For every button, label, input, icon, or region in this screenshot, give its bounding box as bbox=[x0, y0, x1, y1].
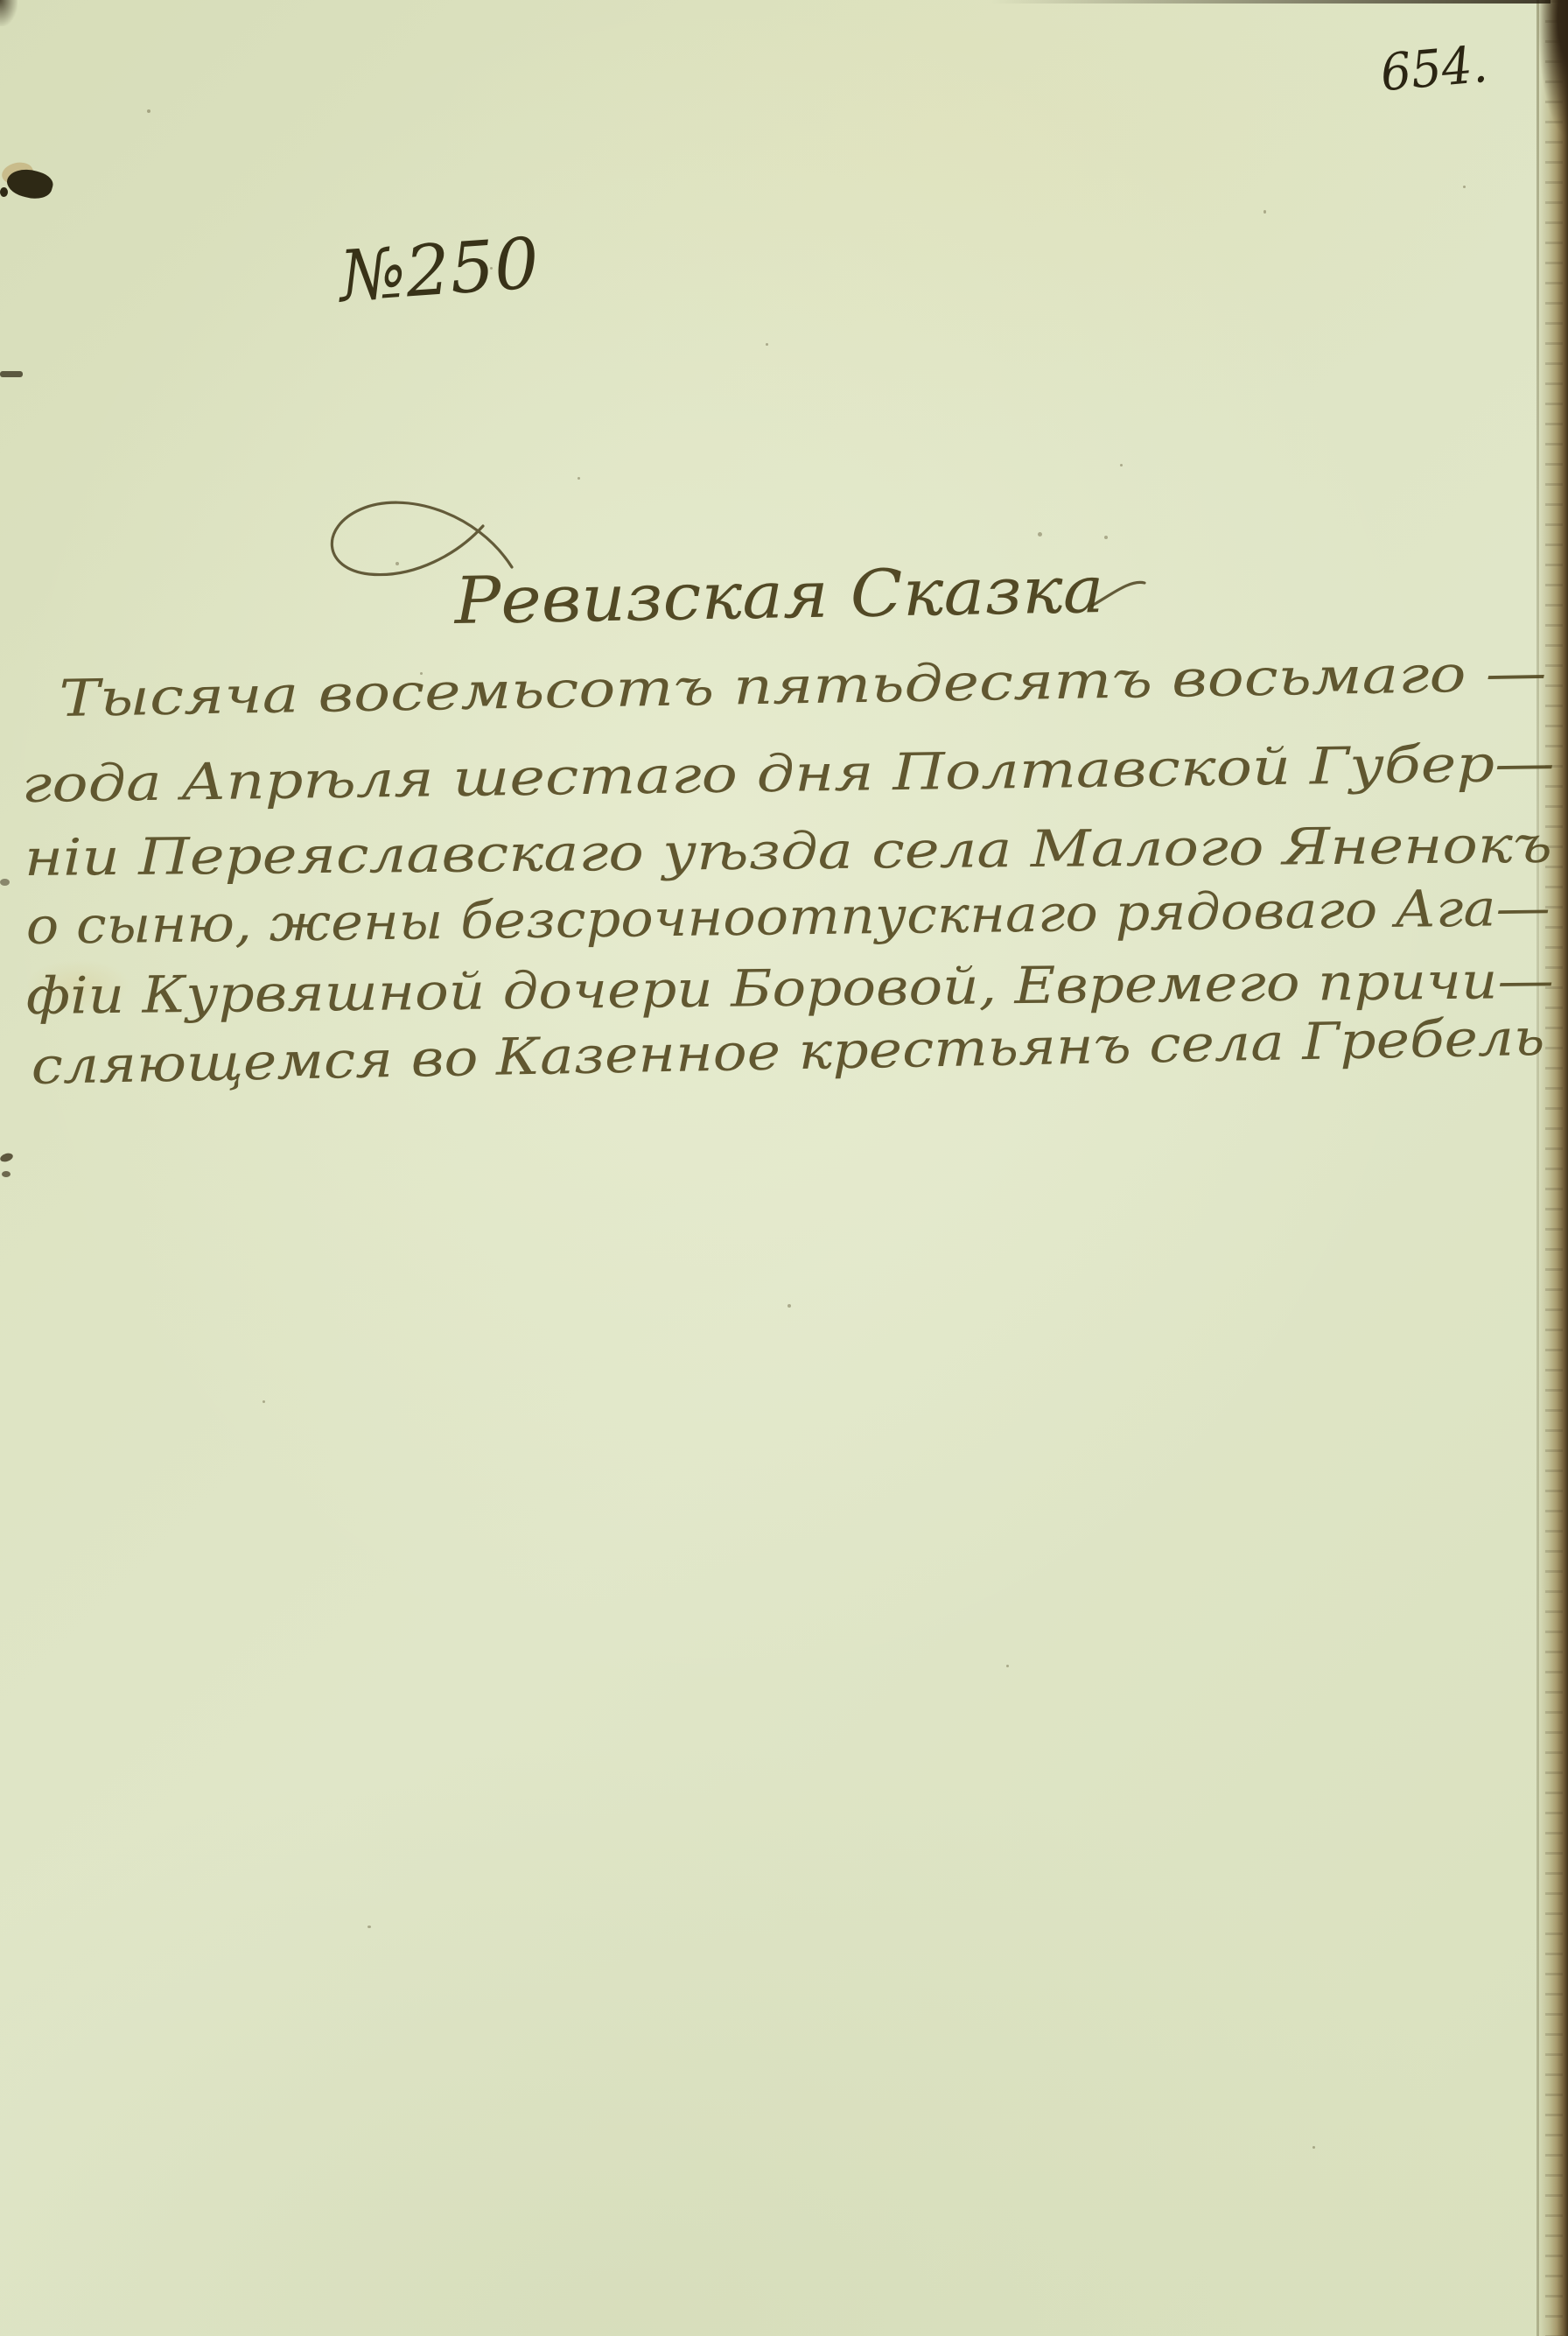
document-number: №250 bbox=[334, 222, 542, 318]
document-page: 654. №250 Ревизская Сказка Тысяча восемь… bbox=[0, 0, 1568, 2336]
body-line-2: года Апрѣля шестаго дня Полтавской Губер… bbox=[21, 733, 1555, 814]
body-line-1: Тысяча восемьсотъ пятьдесятъ восьмаго — bbox=[59, 642, 1547, 728]
document-title: Ревизская Сказка bbox=[452, 552, 1105, 639]
body-line-3: ніи Переяславскаго уѣзда села Малого Яне… bbox=[24, 815, 1553, 887]
body-line-4: о сыню, жены безсрочноотпускнаго рядоваг… bbox=[25, 878, 1550, 956]
folio-number: 654. bbox=[1378, 34, 1489, 102]
handwriting-layer: 654. №250 Ревизская Сказка Тысяча восемь… bbox=[0, 0, 1568, 2336]
